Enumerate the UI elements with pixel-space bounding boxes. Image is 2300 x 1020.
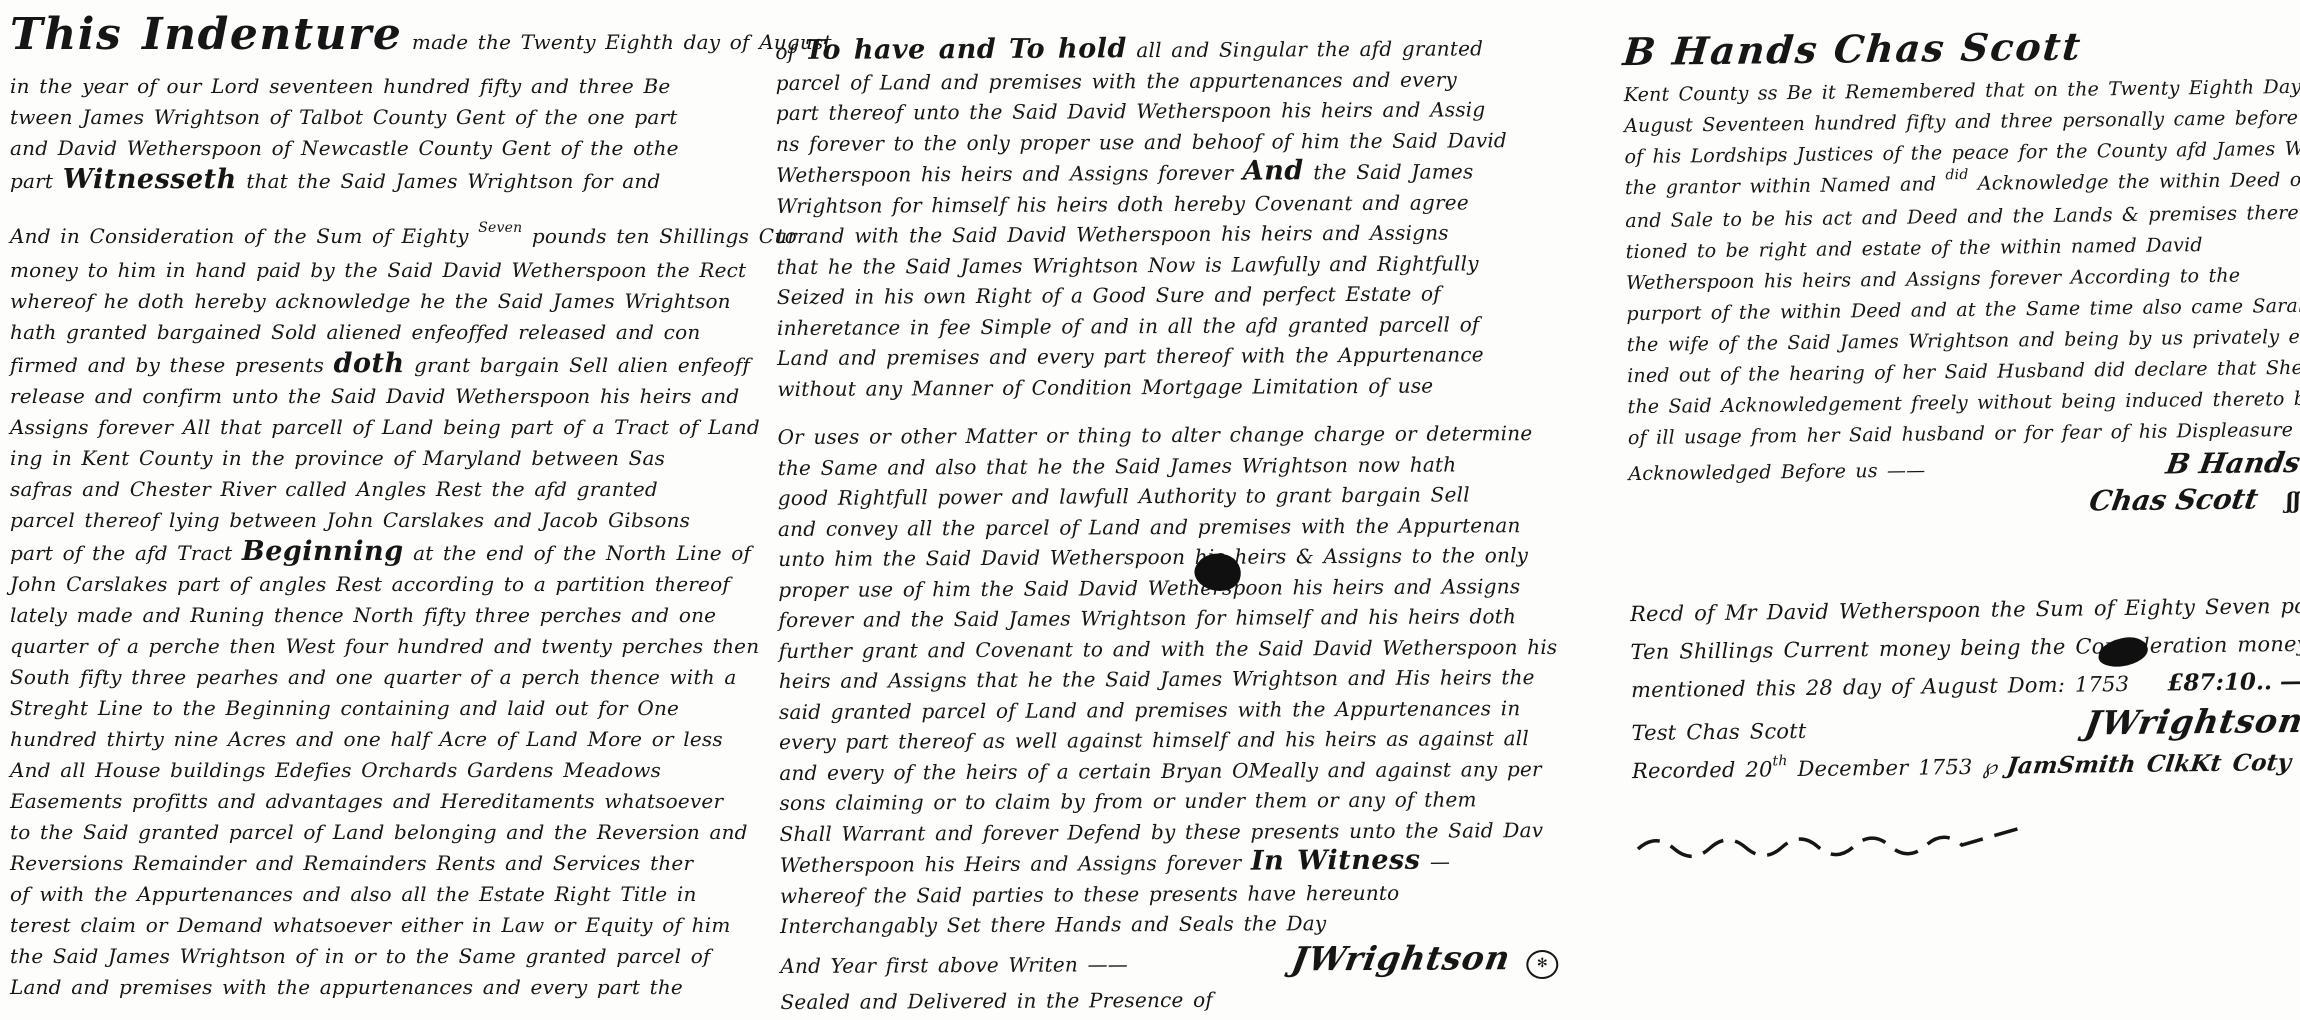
line-fragment: — [1420,850,1450,874]
notary-paraph-icon: ʃʃ [2286,488,2300,514]
deed-line-in-witness: Wetherspoon his Heirs and Assigns foreve… [780,845,1558,881]
line-fragment: at the end of the North Line of [404,541,752,565]
deed-line: without any Manner of Condition Mortgage… [777,369,1555,404]
closing-line: And Year first above Writen —— [780,949,1128,981]
receipt-line: mentioned this 28 day of August Dom: 175… [1631,665,2130,709]
deed-line: forever and the Said James Wrightson for… [778,601,1556,636]
deed-line: unto him the Said David Wetherspoon his … [778,540,1556,575]
closing-signature-row: And Year first above Writen —— JWrightso… [780,937,1558,982]
ordinal-superscript: th [1772,753,1787,769]
deed-line: terest claim or Demand whatsoever either… [10,910,762,941]
deed-column-1: This Indenture made the Twenty Eighth da… [10,6,762,1003]
line-fragment: part [10,169,63,193]
deed-line: part thereof unto the Said David Wethers… [776,94,1554,129]
deed-line: Land and premises and every part thereof… [777,339,1555,374]
line-fragment: And in Consideration of the Sum of Eight… [10,224,478,248]
deed-line: hundred thirty nine Acres and one half A… [10,724,762,755]
deed-line: whereof the Said parties to these presen… [780,876,1558,911]
justice2-signature-wrap: Chas Scottʃʃ [2090,482,2300,518]
deed-line: inheretance in fee Simple of and in all … [777,308,1555,343]
deed-line: every part thereof as well against himse… [779,723,1557,758]
clerk-signature: JamSmith ClkKt Coty [2005,744,2294,786]
deed-line: Seized in his own Right of a Good Sure a… [777,278,1555,313]
opening-line-rest: made the Twenty Eighth day of August [402,30,831,54]
deed-line: to the Said granted parcel of Land belon… [10,817,762,848]
justices-header-signatures: B Hands Chas Scott [1621,16,2298,80]
section-gap [1629,515,2300,595]
deed-line: Wrightson for himself his heirs doth her… [776,186,1554,221]
in-witness-engrossed-words: In Witness [1251,845,1421,877]
closing-flourish-icon [1633,816,2073,863]
line-fragment: the Said James [1304,159,1474,184]
deed-opening-line: This Indenture made the Twenty Eighth da… [10,6,762,71]
line-fragment: the grantor within Named and [1625,173,1946,199]
deed-line: sons claiming or to claim by from or und… [779,784,1557,819]
line-fragment: that the Said James Wrightson for and [237,169,661,193]
deed-line: to and with the Said David Wetherspoon h… [776,217,1554,252]
habendum-engrossed-words: To have and To hold [805,33,1127,66]
acknowledgment-column: B Hands Chas Scott Kent County ss Be it … [1623,16,2300,867]
deed-line: tween James Wrightson of Talbot County G… [10,102,762,133]
test-witness-line: Test Chas Scott [1631,712,1806,752]
deed-line: release and confirm unto the Said David … [10,381,762,412]
line-fragment: December 1753 ℘ [1787,754,2007,781]
deed-line: ns forever to the only proper use and be… [776,124,1554,159]
deed-line: proper use of him the Said David Wethers… [778,570,1556,605]
deed-line: And all House buildings Edefies Orchards… [10,755,762,786]
deed-line-and: Wetherspoon his heirs and Assigns foreve… [776,155,1554,191]
line-fragment: Wetherspoon his Heirs and Assigns foreve… [780,851,1251,877]
deed-line: Streght Line to the Beginning containing… [10,693,762,724]
deed-line: Reversions Remainder and Remainders Rent… [10,848,762,879]
deed-line: in the year of our Lord seventeen hundre… [10,71,762,102]
deed-line: Assigns forever All that parcell of Land… [10,412,762,443]
line-fragment: part of the afd Tract [10,541,242,565]
line-fragment: pounds ten Shillings Curr [522,224,806,248]
interlined-word-did: did [1945,167,1968,183]
justice2-signature: Chas Scott [2087,482,2261,517]
deed-line: ing in Kent County in the province of Ma… [10,443,762,474]
deed-line: South fifty three pearhes and one quarte… [10,662,762,693]
deed-line: money to him in hand paid by the Said Da… [10,255,762,286]
deed-line: Easements profitts and advantages and He… [10,786,762,817]
line-fragment: of [775,40,805,64]
grantor-signature-wrap: JWrightson✻ [1292,937,1558,979]
line-fragment: Recorded 20 [1632,757,1773,783]
line-fragment: Acknowledge the within Deed of Barga [1968,168,2300,195]
line-fragment: all and Singular the afd granted [1127,36,1483,62]
deed-line: of with the Appurtenances and also all t… [10,879,762,910]
deed-line: heirs and Assigns that he the Said James… [779,662,1557,697]
deed-line: whereof he doth hereby acknowledge he th… [10,286,762,317]
attestation-line: Sealed and Delivered in the Presence of [780,982,1558,1017]
witnesseth-engrossed-word: Witnesseth [63,164,237,195]
deed-line-habendum: of To have and To hold all and Singular … [775,32,1553,68]
justice1-signature: B Hands [2164,446,2300,481]
deed-line: good Rightfull power and lawfull Authori… [778,479,1556,514]
interlined-word-seven: Seven [478,220,522,236]
deed-line: quarter of a perche then West four hundr… [10,631,762,662]
receipt-section: Recd of Mr David Wetherspoon the Sum of … [1630,587,2300,793]
line-fragment: Wetherspoon his heirs and Assigns foreve… [776,161,1243,187]
deed-line-consideration: And in Consideration of the Sum of Eight… [10,221,762,255]
beginning-engrossed-word: Beginning [242,536,404,567]
deed-line: hath granted bargained Sold aliened enfe… [10,317,762,348]
recorded-line: Recorded 20th December 1753 ℘ JamSmith C… [1632,744,2300,793]
consideration-amount: £87:10.. — [2167,668,2300,697]
deed-line-doth: firmed and by these presents doth grant … [10,348,762,381]
deed-line: Land and premises with the appurtenances… [10,972,762,1003]
deed-line: the Said James Wrightson of in or to the… [10,941,762,972]
deed-line: safras and Chester River called Angles R… [10,474,762,505]
paragraph-gap [10,197,762,221]
before-us-line: Acknowledged Before us —— [1628,455,1925,490]
deed-line: and every of the heirs of a certain Brya… [779,753,1557,788]
grantor-signature: JWrightson [1289,938,1514,978]
deed-line: said granted parcel of Land and premises… [779,692,1557,727]
deed-line: parcel thereof lying between John Carsla… [10,505,762,536]
deed-line: John Carslakes part of angles Rest accor… [10,569,762,600]
deed-line: that he the Said James Wrightson Now is … [777,247,1555,282]
line-fragment: grant bargain Sell alien enfeoff [405,353,750,377]
deed-line: lately made and Runing thence North fift… [10,600,762,631]
wax-seal-icon: ✻ [1526,949,1558,978]
deed-line: the Same and also that he the Said James… [778,448,1556,483]
deed-line: Or uses or other Matter or thing to alte… [777,418,1555,453]
doth-engrossed-word: doth [334,348,405,379]
deed-line: and David Wetherspoon of Newcastle Count… [10,133,762,164]
grantor-receipt-signature: JWrightson [2082,701,2300,743]
deed-line-witnesseth: part Witnesseth that the Said James Wrig… [10,164,762,197]
and-engrossed-word: And [1243,155,1304,186]
deed-line: parcel of Land and premises with the app… [776,63,1554,98]
deed-line: further grant and Covenant to and with t… [779,631,1557,666]
deed-line: Interchangably Set there Hands and Seals… [780,907,1558,942]
line-fragment: firmed and by these presents [10,353,334,377]
deed-line: Shall Warrant and forever Defend by thes… [780,814,1558,849]
deed-line: and convey all the parcel of Land and pr… [778,509,1556,544]
deed-column-2: of To have and To hold all and Singular … [775,32,1558,1017]
deed-line-beginning: part of the afd Tract Beginning at the e… [10,536,762,569]
opening-engrossed-words: This Indenture [10,9,402,60]
